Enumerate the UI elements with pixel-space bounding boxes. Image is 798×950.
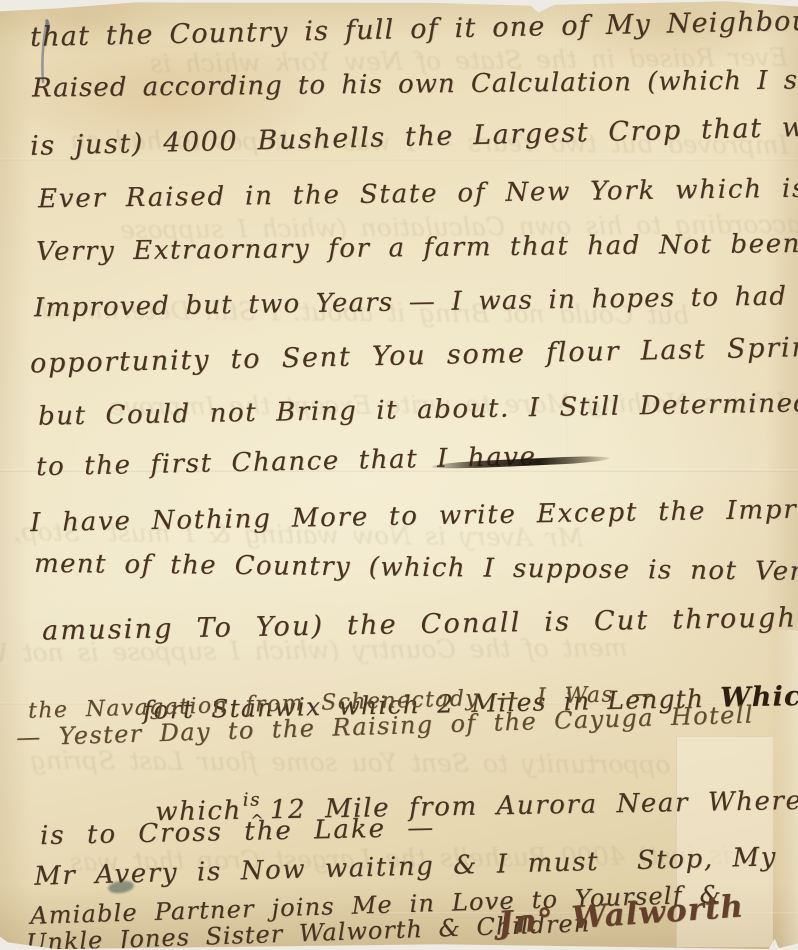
- scan-background: Ever Raised in the State of New York whi…: [0, 0, 798, 950]
- inserted-word: is: [242, 789, 261, 810]
- handwritten-line: opportunity to Sent You some flour Last …: [30, 333, 798, 379]
- handwritten-line: Raised according to his own Calculation …: [32, 65, 798, 103]
- handwritten-line: Verry Extraornary for a farm that had No…: [36, 230, 798, 267]
- handwritten-line: I have Nothing More to write Except the …: [30, 495, 798, 538]
- handwritten-line: ment of the Country (which I suppose is …: [34, 550, 798, 587]
- letter-page: Ever Raised in the State of New York whi…: [0, 0, 798, 950]
- handwritten-line: amusing To You) the Conall is Cut throug…: [42, 603, 798, 646]
- handwritten-line: Ever Raised in the State of New York whi…: [38, 175, 798, 214]
